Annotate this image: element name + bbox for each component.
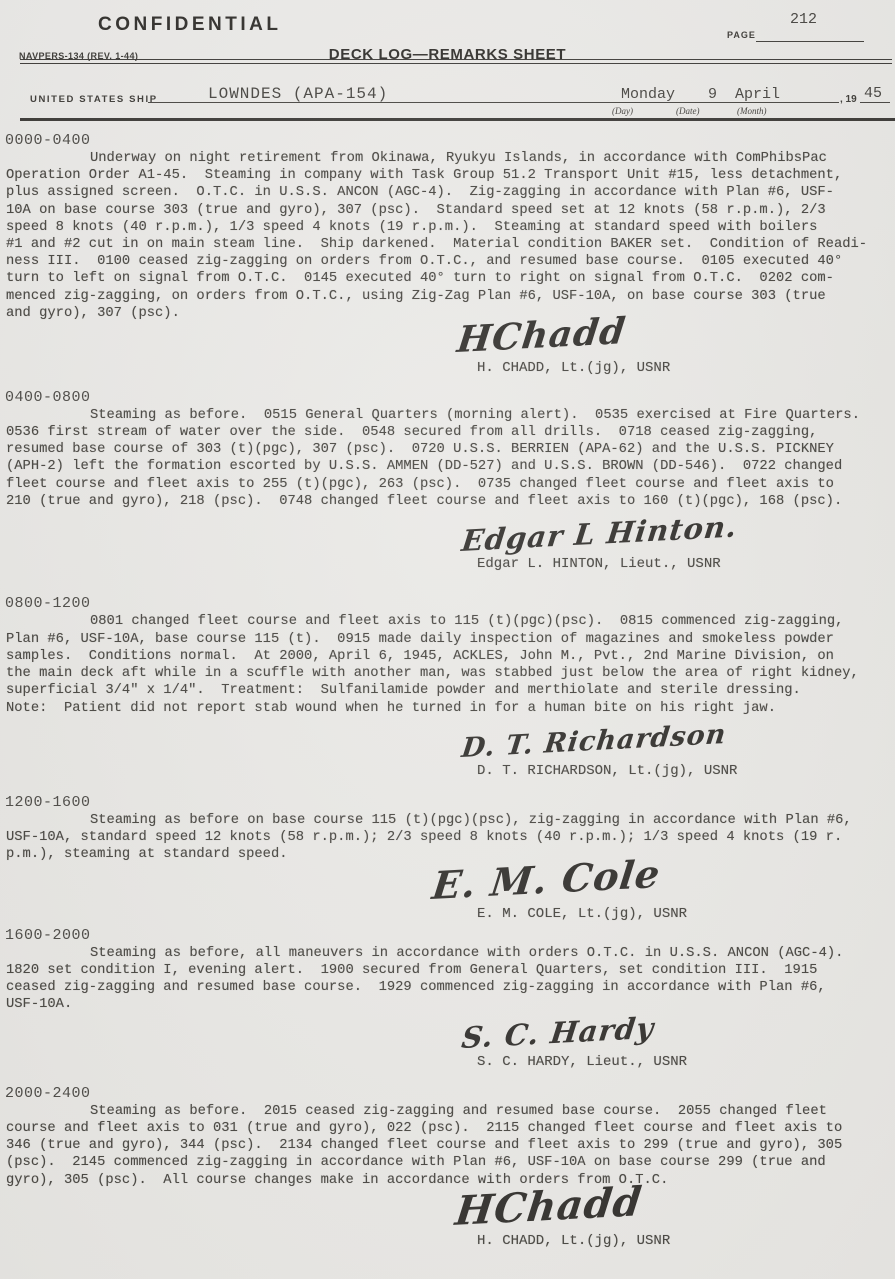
log-entry-text: Steaming as before, all maneuvers in acc… <box>6 945 891 1014</box>
classification-stamp: CONFIDENTIAL <box>98 14 281 36</box>
signature-typed-name: H. CHADD, Lt.(jg), USNR <box>477 1233 895 1249</box>
signature-block: S. C. Hardy S. C. HARDY, Lieut., USNR <box>0 1023 895 1069</box>
page-label: PAGE <box>727 30 756 40</box>
signature-block: D. T. Richardson D. T. RICHARDSON, Lt.(j… <box>0 735 895 779</box>
signature-block: HChadd H. CHADD, Lt.(jg), USNR <box>0 1191 895 1249</box>
signature-block: HChadd H. CHADD, Lt.(jg), USNR <box>0 322 895 376</box>
date-number: 9 <box>708 86 717 103</box>
date-label: (Date) <box>676 106 700 116</box>
signature-typed-name: D. T. RICHARDSON, Lt.(jg), USNR <box>477 763 895 779</box>
date-month: April <box>735 86 780 103</box>
ship-label: UNITED STATES SHIP <box>30 94 158 105</box>
ship-name: LOWNDES (APA-154) <box>208 85 388 103</box>
log-entry: 2000-2400 Steaming as before. 2015 cease… <box>0 1086 895 1249</box>
date-line <box>595 102 839 103</box>
signature-typed-name: S. C. HARDY, Lieut., USNR <box>477 1054 895 1070</box>
page-number-line <box>756 41 864 42</box>
watch-period: 1200-1600 <box>5 795 895 810</box>
double-rule <box>20 59 892 64</box>
log-entry-text: Steaming as before. 0515 General Quarter… <box>6 407 891 510</box>
signature-typed-name: E. M. COLE, Lt.(jg), USNR <box>477 906 895 922</box>
year-line <box>860 102 890 103</box>
log-entry: 1200-1600 Steaming as before on base cou… <box>0 795 895 922</box>
signature-handwriting: HChadd <box>455 313 628 360</box>
signature-handwriting: Edgar L Hinton. <box>460 511 739 556</box>
log-entry-text: 0801 changed fleet course and fleet axis… <box>6 613 891 716</box>
watch-period: 2000-2400 <box>5 1086 895 1101</box>
watch-period: 0400-0800 <box>5 390 895 405</box>
signature-handwriting: S. C. Hardy <box>460 1013 656 1054</box>
log-entry: 0800-1200 0801 changed fleet course and … <box>0 596 895 779</box>
month-label: (Month) <box>737 106 767 116</box>
signature-block: E. M. Cole E. M. COLE, Lt.(jg), USNR <box>0 866 895 922</box>
log-entry: 0400-0800 Steaming as before. 0515 Gener… <box>0 390 895 573</box>
log-entry-text: Underway on night retirement from Okinaw… <box>6 150 891 322</box>
day-label: (Day) <box>612 106 633 116</box>
signature-typed-name: Edgar L. HINTON, Lieut., USNR <box>477 556 895 572</box>
log-entry-text: Steaming as before. 2015 ceased zig-zagg… <box>6 1103 891 1189</box>
year-value: 45 <box>864 85 882 102</box>
signature-block: Edgar L Hinton. Edgar L. HINTON, Lieut.,… <box>0 526 895 572</box>
signature-typed-name: H. CHADD, Lt.(jg), USNR <box>477 360 895 376</box>
deck-log-page: CONFIDENTIAL 212 PAGE NAVPERS-134 (REV. … <box>0 0 895 1279</box>
watch-period: 1600-2000 <box>5 928 895 943</box>
log-entry-text: Steaming as before on base course 115 (t… <box>6 812 891 864</box>
page-number: 212 <box>790 11 817 28</box>
year-prefix: , 19 <box>840 94 857 105</box>
ship-name-line <box>148 102 608 103</box>
signature-handwriting: D. T. Richardson <box>460 721 728 763</box>
form-header: CONFIDENTIAL 212 PAGE NAVPERS-134 (REV. … <box>0 0 895 125</box>
watch-period: 0000-0400 <box>5 133 895 148</box>
signature-handwriting: E. M. Cole <box>430 853 663 905</box>
watch-period: 0800-1200 <box>5 596 895 611</box>
log-entries: 0000-0400 Underway on night retirement f… <box>0 133 895 1249</box>
signature-handwriting: HChadd <box>453 1181 645 1233</box>
log-entry: 0000-0400 Underway on night retirement f… <box>0 133 895 376</box>
thick-rule <box>20 118 895 121</box>
date-day: Monday <box>621 86 675 103</box>
log-entry: 1600-2000 Steaming as before, all maneuv… <box>0 928 895 1070</box>
